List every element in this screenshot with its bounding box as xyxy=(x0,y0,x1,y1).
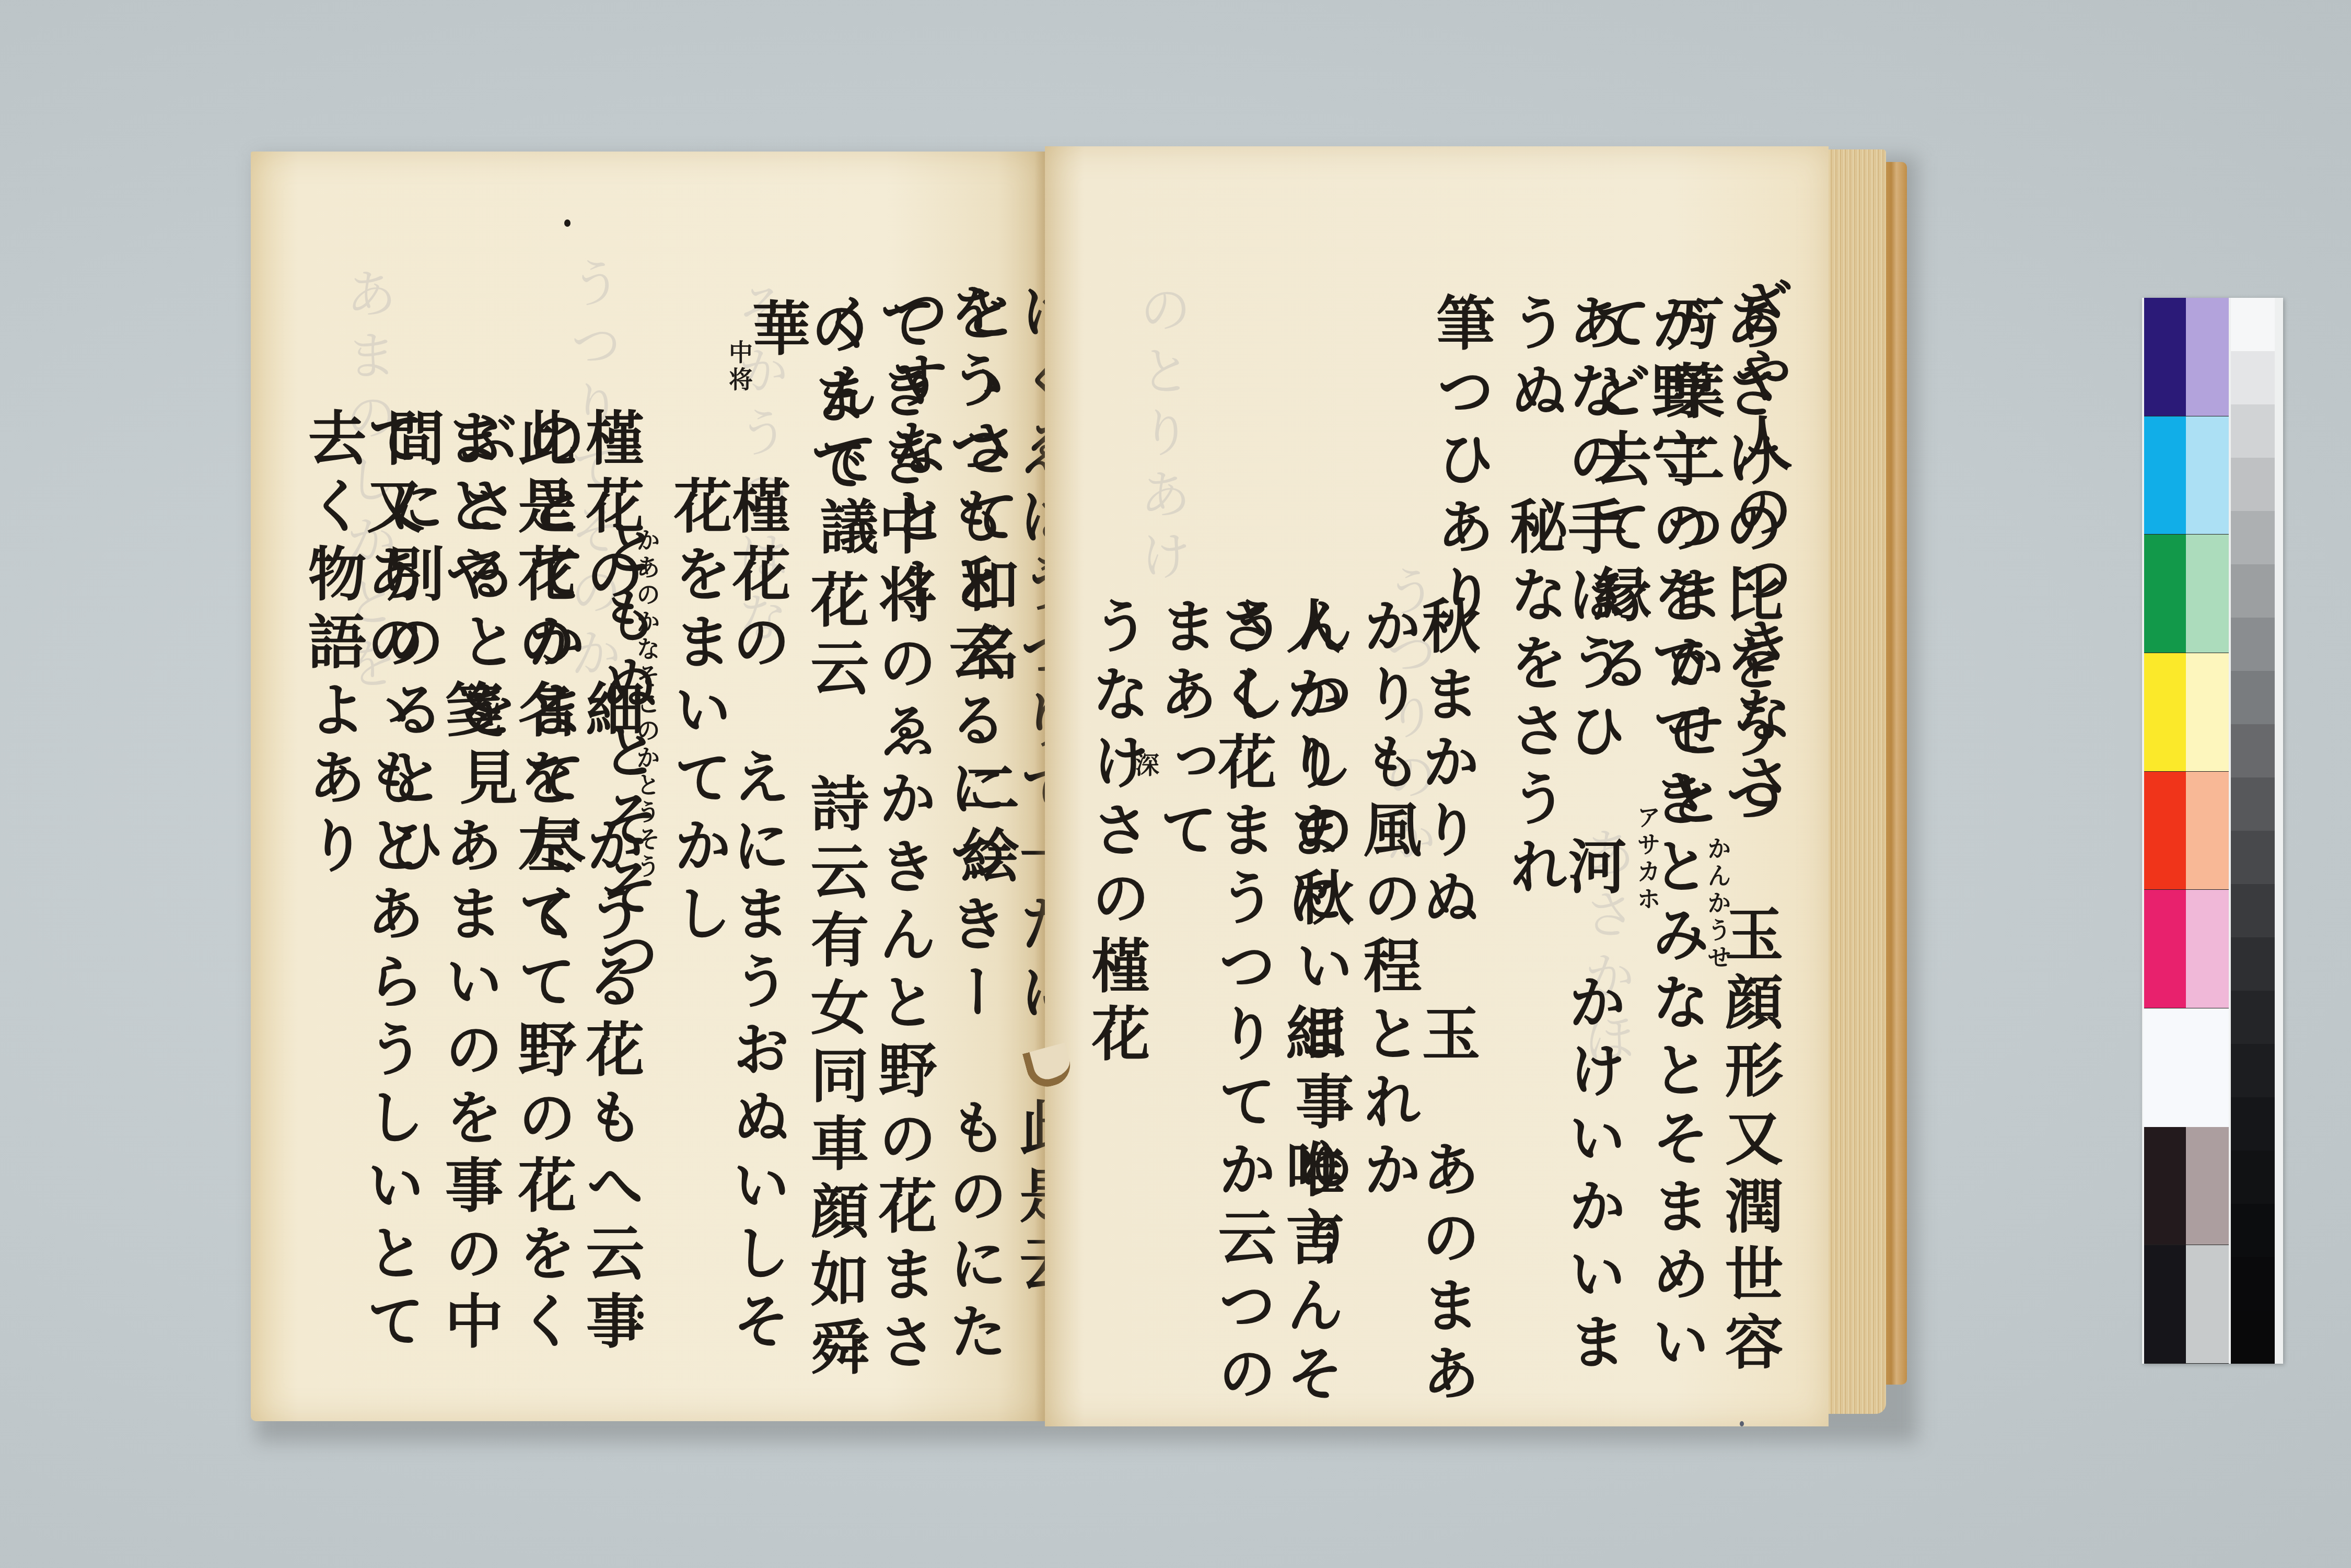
color-calibration-chart xyxy=(2142,298,2283,1364)
color-patch xyxy=(2144,653,2186,772)
color-patch xyxy=(2144,416,2186,535)
open-book: あまのしかとを うつりてそのか そかうのはな けくゑはうつりて一たに 此是云とゝ… xyxy=(246,146,1917,1432)
color-patch xyxy=(2144,535,2186,653)
annotation-note: アサカホ xyxy=(1635,805,1659,913)
color-patch xyxy=(2144,298,2186,416)
gray-scale-step xyxy=(2231,1310,2275,1364)
gray-scale-step xyxy=(2231,1044,2275,1097)
annotation-note: かんかうせ xyxy=(1706,836,1730,972)
gray-scale-step xyxy=(2231,351,2275,404)
left-page: あまのしかとを うつりてそのか そかうのはな けくゑはうつりて一たに 此是云とゝ… xyxy=(251,152,1045,1421)
gray-scale-step xyxy=(2231,937,2275,991)
gray-scale-step xyxy=(2231,618,2275,671)
ink-dot xyxy=(564,219,571,227)
gray-scale-step xyxy=(2231,1204,2275,1257)
right-page: のとりあけ うつりのか あさかほ ざや人のつきなさ あさけの比をうつ 玉顔形又潤… xyxy=(1045,146,1829,1426)
text-column: 筆つひあり xyxy=(1431,293,1490,632)
gray-scale-step xyxy=(2231,1257,2275,1310)
text-column: 槿花の えにまうおぬいしそ花をまいてかし xyxy=(669,475,786,1421)
color-patch xyxy=(2186,890,2229,1008)
ink-dot xyxy=(1740,1421,1744,1426)
gray-scale-step xyxy=(2231,564,2275,618)
text-column: 秋まかりぬ 玉 あのまあかりも風の程とれか xyxy=(1358,596,1475,1426)
gray-scale-step xyxy=(2231,671,2275,724)
color-patch xyxy=(2186,298,2229,416)
color-patch xyxy=(2144,1127,2186,1246)
ink-dot xyxy=(637,1311,644,1319)
color-patch-white xyxy=(2143,1008,2229,1127)
gray-scale-step xyxy=(2231,511,2275,564)
text-column: て又あのゝもとあらうしいとて去く物語よあり xyxy=(303,408,420,1421)
color-patch xyxy=(2186,1245,2229,1364)
text-column: さく花まうつりてか云つのまあって xyxy=(1155,596,1272,1426)
gray-scale-step xyxy=(2231,298,2275,351)
color-patch xyxy=(2186,535,2229,653)
gray-scale-step xyxy=(2231,1097,2275,1151)
gray-scale-step xyxy=(2231,991,2275,1044)
gray-scale-step xyxy=(2231,1151,2275,1204)
color-patch xyxy=(2186,416,2229,535)
annotation-note: 深 xyxy=(1134,752,1158,780)
color-patch xyxy=(2144,772,2186,890)
gray-scale-step xyxy=(2231,724,2275,777)
page-stack-edge xyxy=(1829,149,1886,1414)
color-patch xyxy=(2144,1245,2186,1364)
show-through-text: のとりあけ xyxy=(1123,282,1198,590)
gray-scale-step xyxy=(2231,404,2275,458)
color-patch xyxy=(2186,653,2229,772)
color-patch xyxy=(2186,772,2229,890)
gray-scale-step xyxy=(2231,831,2275,884)
color-patch xyxy=(2186,1127,2229,1246)
gray-scale-step xyxy=(2231,777,2275,831)
gray-scale-step xyxy=(2231,458,2275,511)
color-patch xyxy=(2144,890,2186,1008)
text-column: あなの手ほうひ 河 かけいかいまうぬ 秘なをさうれ xyxy=(1505,293,1622,1426)
text-column: うなけさの槿花 xyxy=(1087,596,1145,1071)
annotation-note: 中将 xyxy=(727,340,751,394)
gray-scale-step xyxy=(2231,884,2275,937)
